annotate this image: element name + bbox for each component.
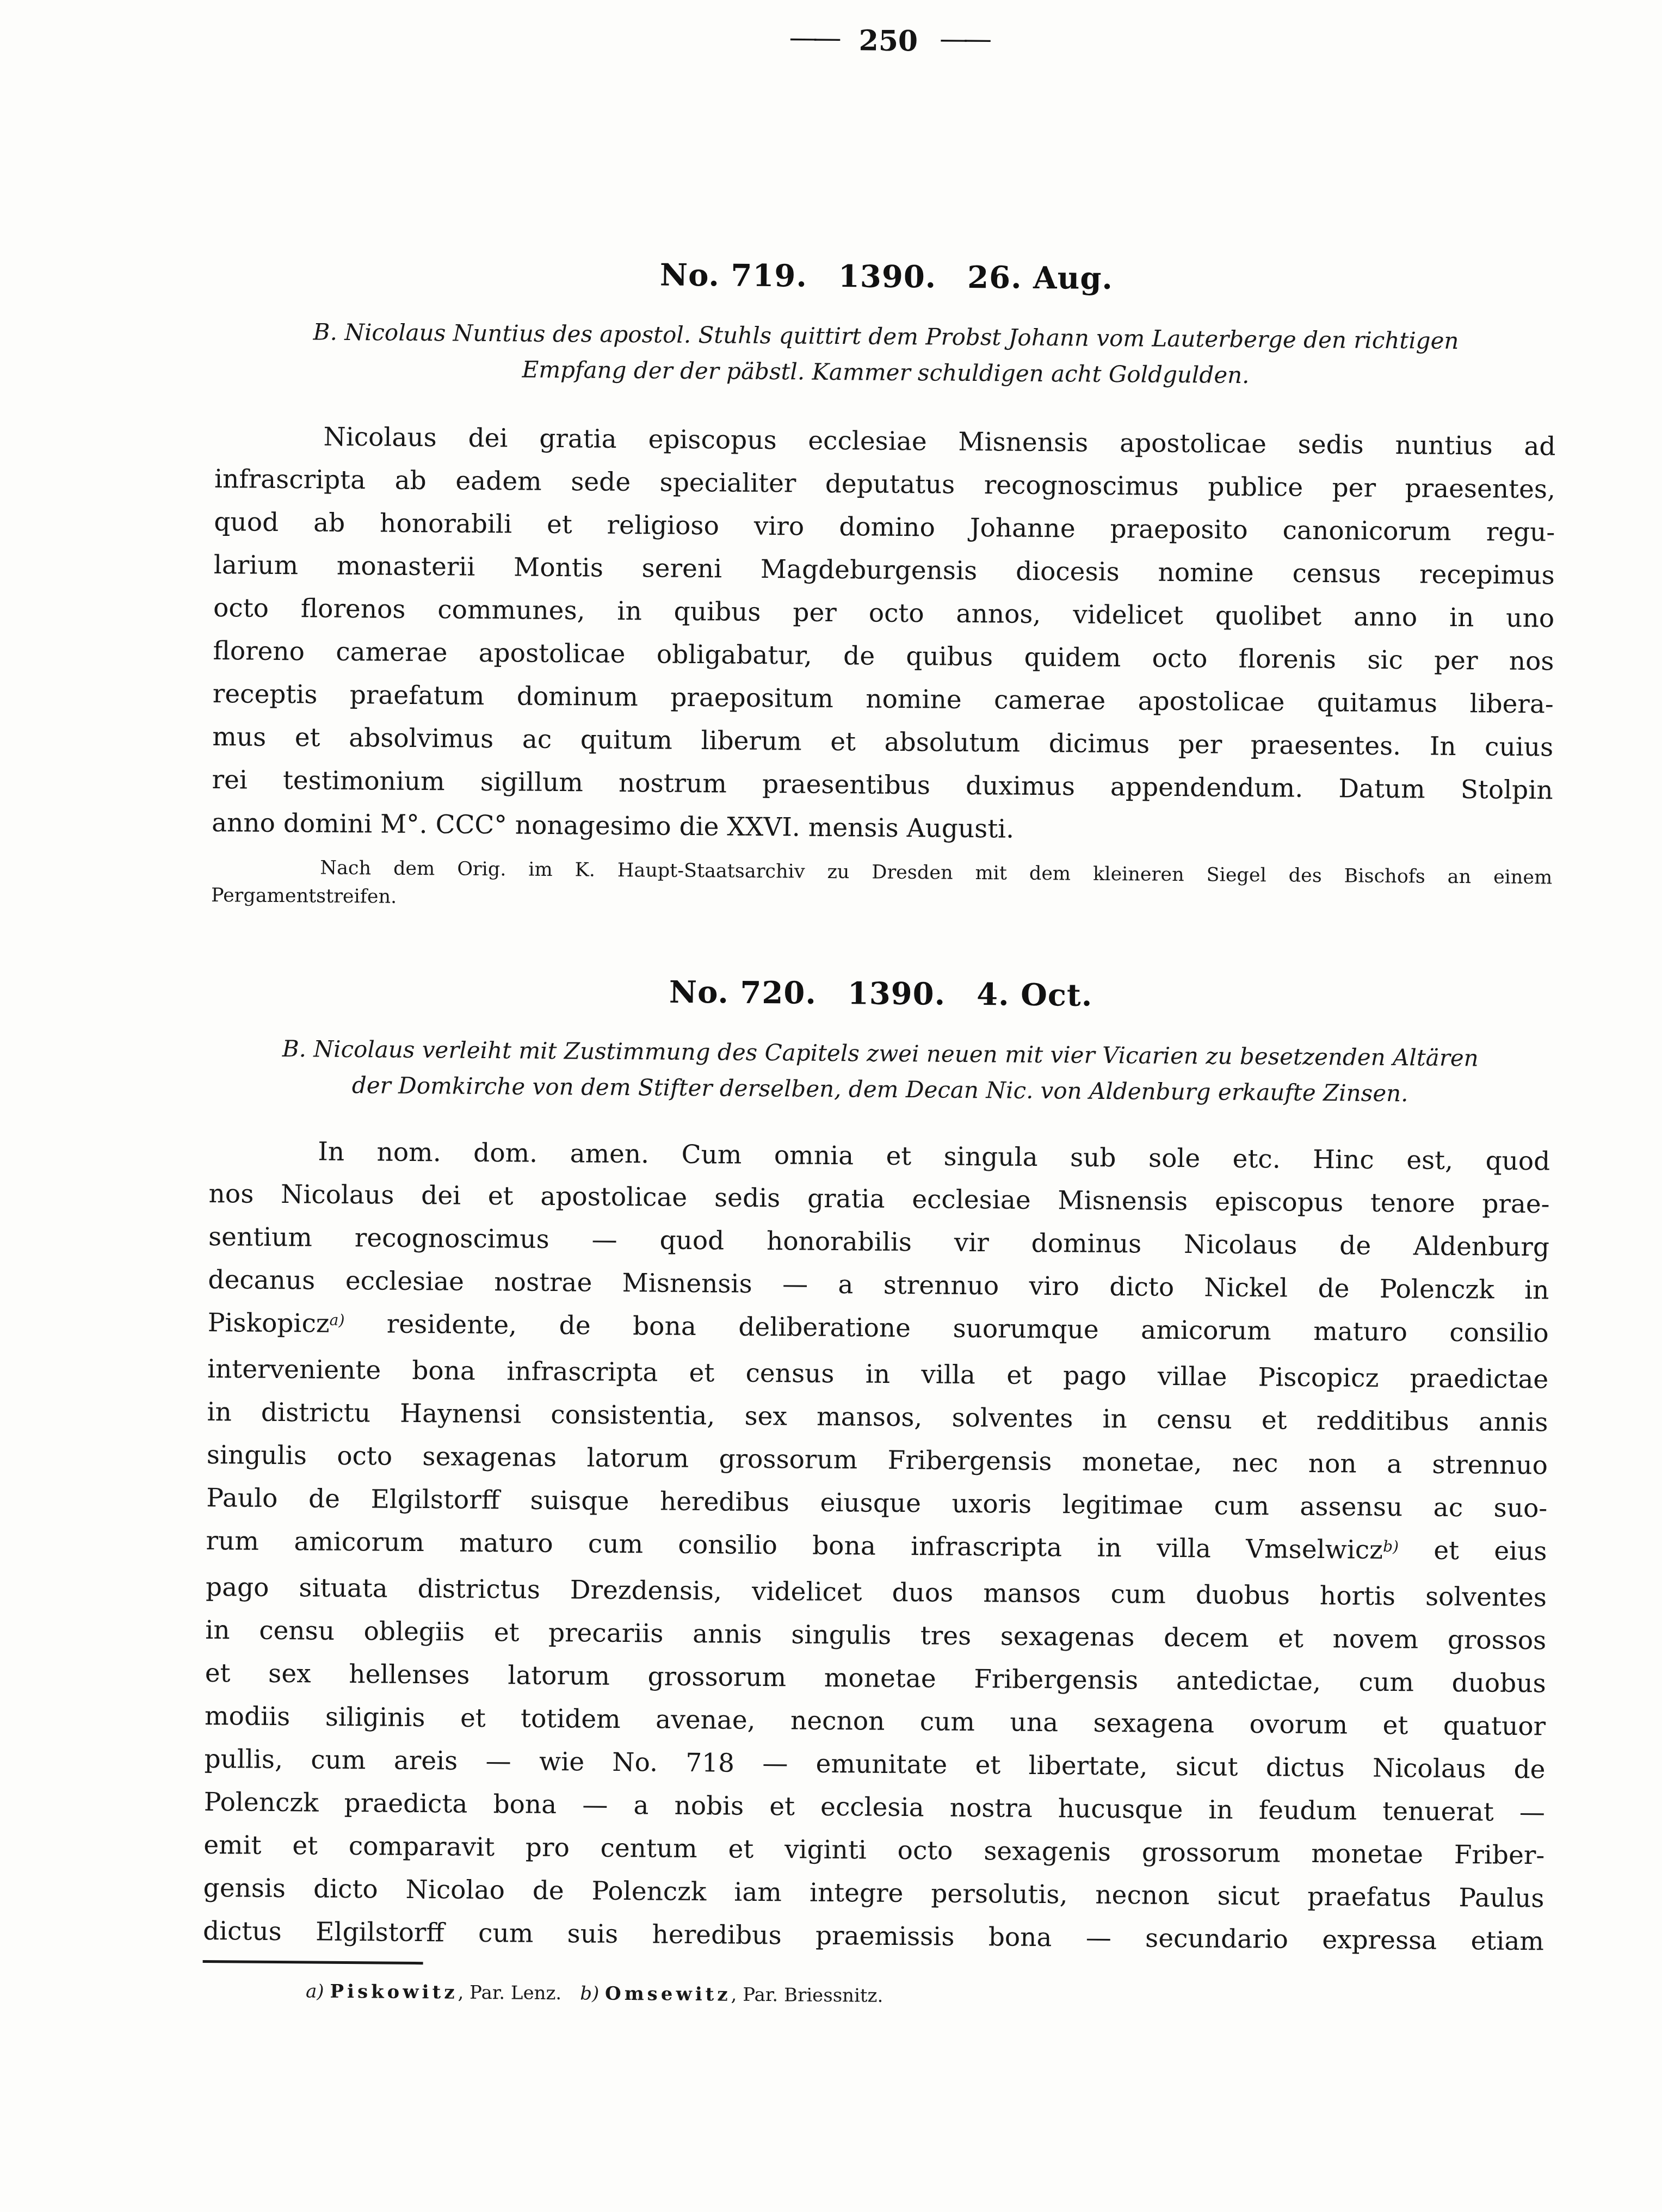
text-line: a) Piskowitz, Par. Lenz. b) Omsewitz, Pa… (202, 1977, 1543, 2015)
entry-719-heading: No. 719. 1390. 26. Aug. (216, 252, 1557, 301)
footnote-separator-rule (203, 1960, 423, 1964)
footnote: a) Piskowitz, Par. Lenz. b) Omsewitz, Pa… (202, 1977, 1543, 2015)
text-segment: Piskowitz (330, 1981, 458, 2004)
footnote-marker: a) (330, 1311, 345, 1329)
text-segment: et eius (1399, 1535, 1547, 1566)
entry-720-body-paragraph: In nom. dom. amen. Cum omnia et singula … (203, 1129, 1550, 1963)
page-number: 250 (858, 24, 918, 58)
text-segment: Piskopicz (208, 1308, 330, 1339)
footnote-marker: b) (1383, 1537, 1399, 1555)
page-header: —— 250 —— (218, 0, 1559, 63)
scanned-book-page: —— 250 —— No. 719. 1390. 26. Aug. B. Nic… (0, 0, 1662, 2212)
entry-719-body-paragraph: Nicolaus dei gratia episcopus ecclesiae … (212, 415, 1556, 855)
text-segment: Omsewitz (605, 1983, 731, 2006)
entry-719-summary: B. Nicolaus Nuntius des apostol. Stuhls … (215, 313, 1556, 396)
entry-720-heading: No. 720. 1390. 4. Oct. (210, 969, 1551, 1018)
header-rule-left: —— (789, 21, 837, 54)
text-segment: b) (580, 1982, 605, 2004)
entry-719-source-note: Nach dem Orig. im K. Haupt-Staatsarchiv … (211, 853, 1553, 920)
text-segment: residente, de bona deliberatione suorumq… (344, 1309, 1549, 1348)
text-segment: rum amicorum maturo cum consilio bona in… (206, 1526, 1383, 1565)
text-column: —— 250 —— No. 719. 1390. 26. Aug. B. Nic… (202, 0, 1559, 2015)
text-segment: , Par. Briessnitz. (731, 1984, 883, 2007)
scan-skew-wrapper: —— 250 —— No. 719. 1390. 26. Aug. B. Nic… (0, 0, 1662, 2016)
text-segment: a) (306, 1980, 330, 2002)
entry-720-summary: B. Nicolaus verleiht mit Zustimmung des … (209, 1030, 1551, 1113)
header-rule-right: —— (940, 22, 987, 55)
text-segment: , Par. Lenz. (458, 1982, 580, 2005)
